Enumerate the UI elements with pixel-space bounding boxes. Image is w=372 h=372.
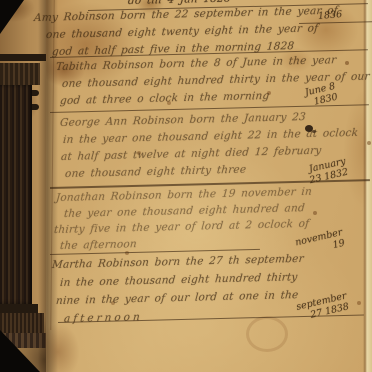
margin-date-note: 1836 — [318, 9, 343, 22]
column-capital-block — [0, 63, 40, 85]
margin-date-line: 1836 — [318, 9, 343, 22]
record-entry-martha: Martha Robinson born the 27 th september… — [52, 256, 304, 328]
manuscript-photo: do till 4 Jan 1828 Amy Robinson born the… — [0, 0, 372, 372]
column-base-ring — [0, 304, 38, 313]
column-shaft — [0, 85, 32, 304]
record-entry-jonathan: Jonathan Robinson born the 19 november i… — [50, 190, 312, 254]
